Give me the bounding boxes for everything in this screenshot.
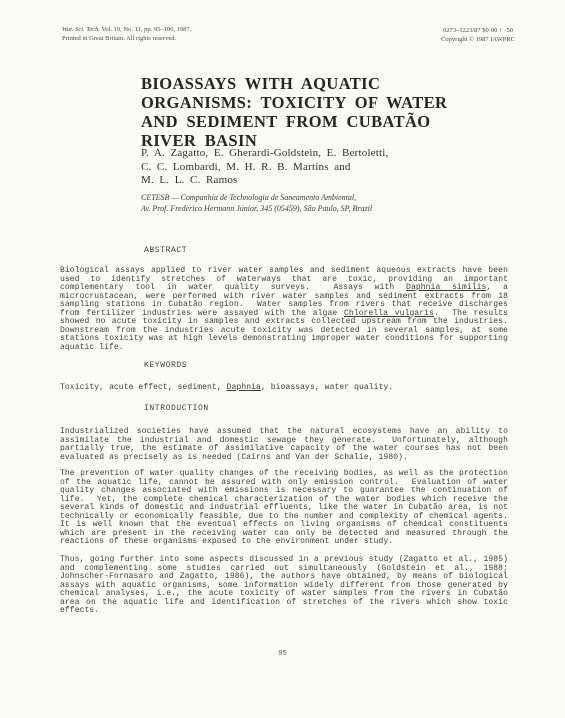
author-line: C. C. Lombardi, M. H. R. B. Martins and [141,161,389,175]
copyright-block: 0273–1223/87 $0·00 + ·50 Copyright © 198… [441,27,515,44]
title-line: BIOASSAYS WITH AQUATIC [141,74,447,93]
article-title: BIOASSAYS WITH AQUATIC ORGANISMS: TOXICI… [141,74,447,150]
copyright-line: Copyright © 1987 IAWPRC [441,36,515,45]
page-number: 95 [0,650,565,658]
journal-abbreviation: Wat. Sci. Tech. [62,26,100,33]
abstract-heading: ABSTRACT [144,246,187,255]
keywords-segment: Toxicity, acute effect, sediment, [60,383,227,392]
species-name-daphnia: Daphnia [227,383,261,392]
introduction-paragraph-3: Thus, going further into some aspects di… [60,556,508,616]
affiliation-line: Av. Prof. Frederico Hermann Júnior, 345 … [141,204,372,215]
affiliation: CETESB — Companhia de Technologia de San… [141,193,372,214]
journal-citation: Wat. Sci. Tech. Vol. 19, No. 11, pp. 95–… [62,26,191,43]
citation-line-1: Wat. Sci. Tech. Vol. 19, No. 11, pp. 95–… [62,26,191,35]
introduction-paragraph-2: The prevention of water quality changes … [60,470,508,547]
abstract-text: Biological assays applied to river water… [60,267,508,352]
keywords-segment: , bioassays, water quality. [261,383,393,392]
title-line: AND SEDIMENT FROM CUBATÃO [141,112,447,131]
keywords-heading: KEYWORDS [144,361,187,370]
citation-line-2: Printed in Great Britain. All rights res… [62,35,191,44]
citation-volume-info: Vol. 19, No. 11, pp. 95–106, 1987. [100,26,191,33]
author-line: P. A. Zagatto, E. Gherardi-Goldstein, E.… [141,147,389,161]
journal-page: Wat. Sci. Tech. Vol. 19, No. 11, pp. 95–… [0,0,565,718]
author-list: P. A. Zagatto, E. Gherardi-Goldstein, E.… [141,147,389,188]
issn-price-code: 0273–1223/87 $0·00 + ·50 [441,27,515,36]
keywords-text: Toxicity, acute effect, sediment, Daphni… [60,384,508,393]
author-line: M. L. L. C. Ramos [141,174,389,188]
introduction-paragraph-1: Industrialized societies have assumed th… [60,428,508,462]
title-line: ORGANISMS: TOXICITY OF WATER [141,93,447,112]
introduction-heading: INTRODUCTION [144,404,209,413]
affiliation-line: CETESB — Companhia de Technologia de San… [141,193,372,204]
